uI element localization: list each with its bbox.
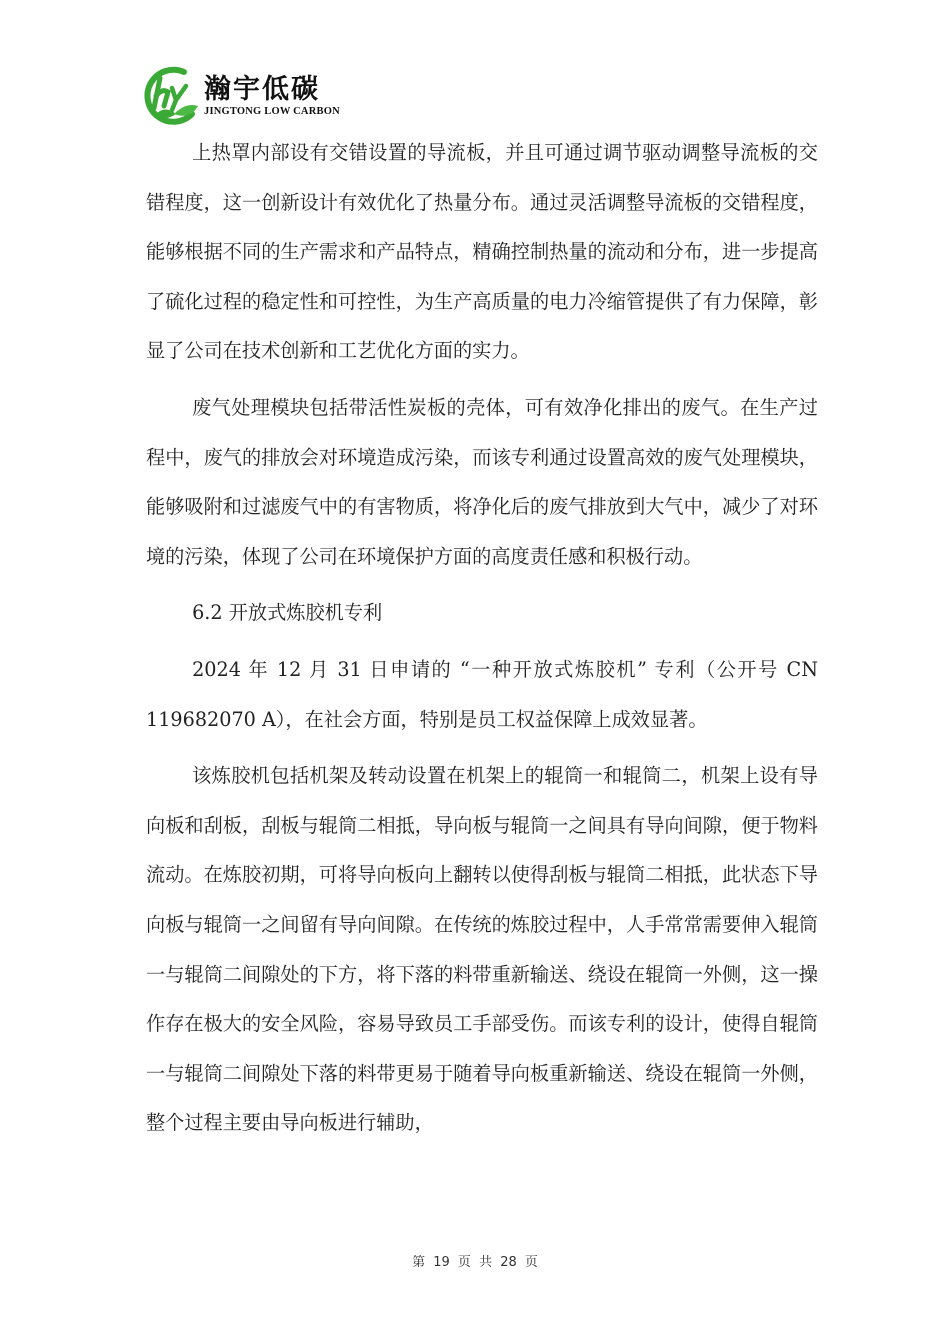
page-number-footer: 第 19 页 共 28 页 [0,1251,950,1270]
brand-name-cn: 瀚宇低碳 [204,75,340,105]
paragraph-patent-intro: 2024 年 12 月 31 日申请的 “一种开放式炼胶机” 专利（公开号 CN… [146,645,818,744]
logo-text: 瀚宇低碳 JINGTONG LOW CARBON [204,75,340,118]
hy-leaf-logo-icon [142,64,202,128]
paragraph-heat-cover: 上热罩内部设有交错设置的导流板，并且可通过调节驱动调整导流板的交错程度，这一创新… [146,128,818,376]
section-heading-6-2: 6.2 开放式炼胶机专利 [146,588,818,638]
document-body: 上热罩内部设有交错设置的导流板，并且可通过调节驱动调整导流板的交错程度，这一创新… [146,128,818,1155]
brand-name-en: JINGTONG LOW CARBON [204,106,340,118]
paragraph-exhaust-module: 废气处理模块包括带活性炭板的壳体，可有效净化排出的废气。在生产过程中，废气的排放… [146,383,818,581]
company-logo: 瀚宇低碳 JINGTONG LOW CARBON [142,64,340,128]
paragraph-rubber-mill-design: 该炼胶机包括机架及转动设置在机架上的辊筒一和辊筒二，机架上设有导向板和刮板，刮板… [146,751,818,1148]
